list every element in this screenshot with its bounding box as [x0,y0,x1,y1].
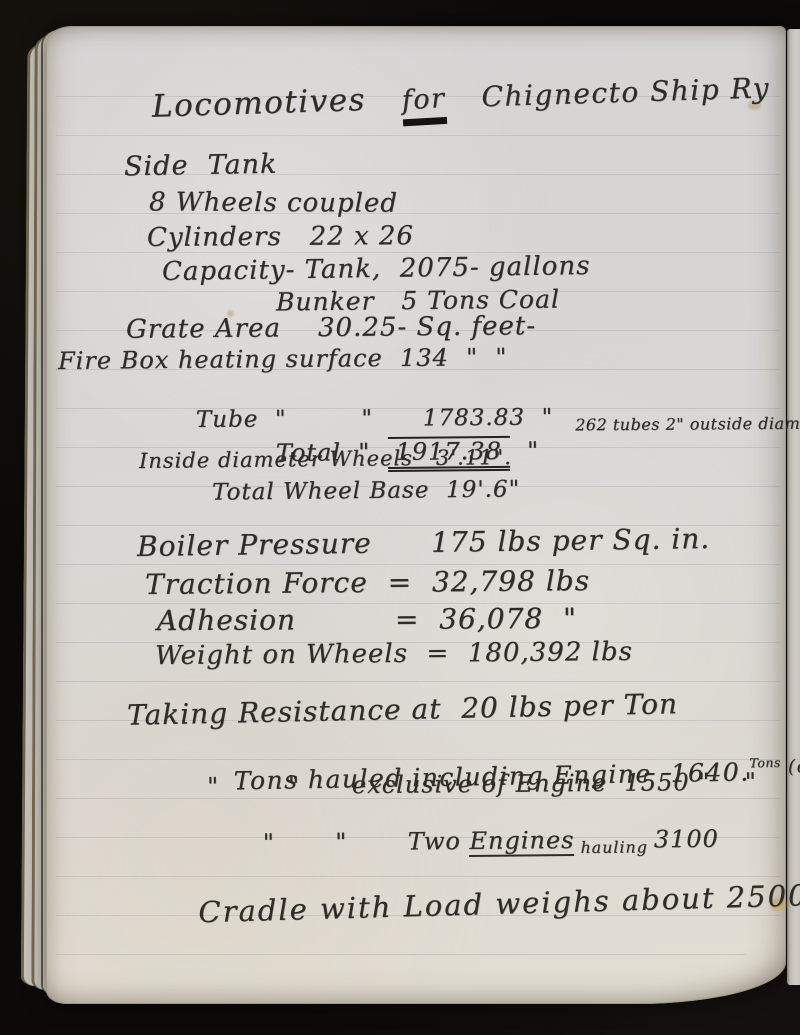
line-tons-hauled-exclusive: " " exclusive of Engine 1550 " " [207,769,757,801]
title-word-for: for [401,83,447,126]
line-cradle-weight: Cradle with Load weighs about 2500Tons [130,845,800,965]
line-weight-on-wheels: Weight on Wheels = 180,392 lbs [155,638,633,672]
title-word-chignecto-ship-ry: Chignecto Ship Ry [481,72,770,113]
line-wheel-diameter: Inside diameter Wheels 3'.11". [139,445,512,473]
two-engines-dittos: " " Two [263,827,470,857]
line-adhesion: Adhesion = 36,078 " [157,603,577,637]
engines-word-underlined: Engines [469,826,574,857]
line-wheels-coupled: 8 Wheels coupled [149,188,398,219]
line-firebox-heating: Fire Box heating surface 134 " " [58,344,508,376]
line-traction-force: Traction Force = 32,798 lbs [145,565,590,601]
handwriting-layer: Locomotives for Chignecto Ship Ry Side T… [0,0,800,1035]
cradle-weight-text: Cradle with Load weighs about 2500 [198,879,800,930]
line-cylinders: Cylinders 22 x 26 [147,222,414,254]
line-grate-area: Grate Area 30.25- Sq. feet- [126,312,536,345]
line-side-tank: Side Tank [124,149,278,183]
line-capacity-tank: Capacity- Tank, 2075- gallons [162,252,591,288]
tube-count-note: 262 tubes 2" outside diam". [575,415,800,435]
page-title: Locomotives for Chignecto Ship Ry [151,70,770,133]
title-word-locomotives: Locomotives [151,83,366,125]
ton-definition: (of 2000 [788,755,800,778]
notebook-photo: Locomotives for Chignecto Ship Ry Side T… [0,0,800,1035]
line-wheel-base: Total Wheel Base 19'.6" [212,476,520,506]
line-taking-resistance: Taking Resistance at 20 lbs per Ton [127,688,679,732]
line-boiler-pressure: Boiler Pressure 175 lbs per Sq. in. [137,523,711,563]
total-ditto: " [510,436,540,464]
